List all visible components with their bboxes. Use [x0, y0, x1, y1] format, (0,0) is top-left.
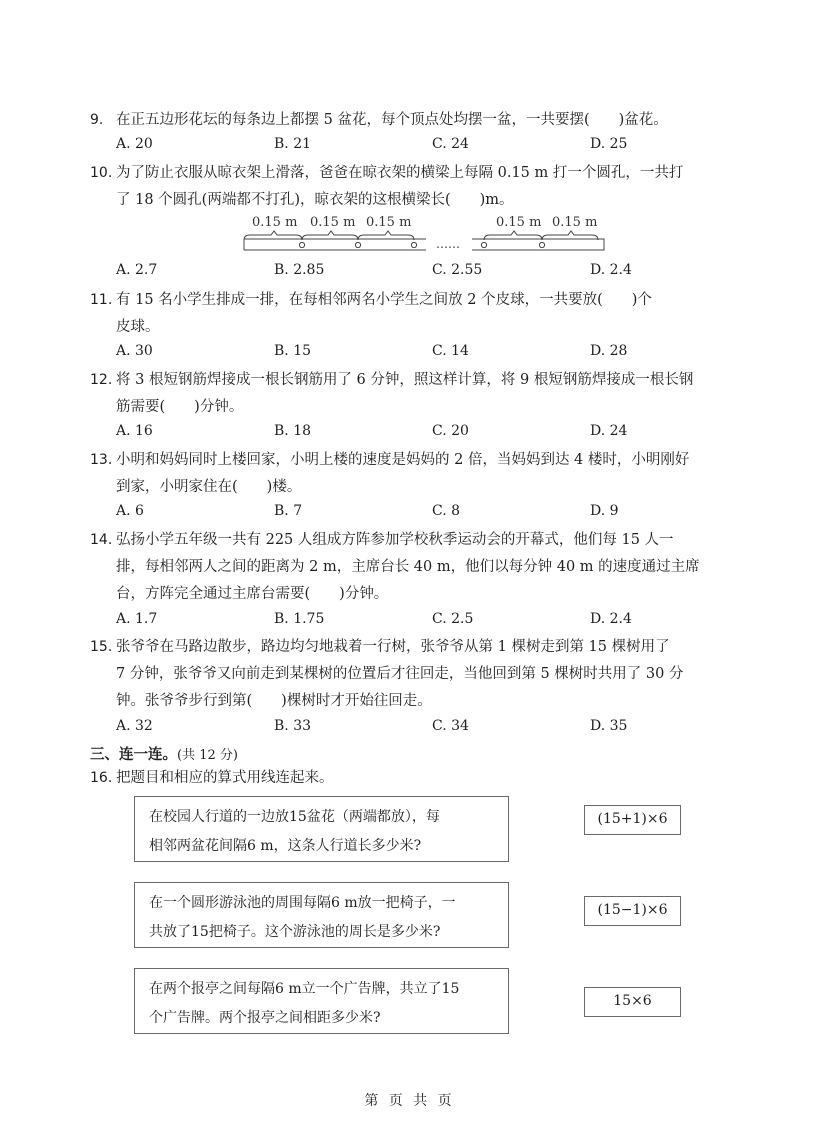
question-text-line: 7 分钟，张爷爷又向前走到某棵树的位置后才往回走，当他回到第 5 棵树时共用了 … — [90, 661, 730, 688]
question-text-line: 筋需要( )分钟。 — [90, 394, 730, 421]
option-d[interactable]: D. 35 — [590, 718, 627, 734]
option-c[interactable]: C. 8 — [432, 503, 460, 519]
option-b[interactable]: B. 15 — [274, 343, 311, 359]
segment-label: 0.15 m — [366, 215, 411, 230]
option-c[interactable]: C. 2.55 — [432, 262, 482, 278]
section-title: 三、连一连。 — [90, 747, 177, 763]
ellipsis: …… — [436, 237, 460, 251]
question-text: 将 3 根短钢筋焊接成一根长钢筋用了 6 分钟，照这样计算，将 9 根短钢筋焊接… — [116, 372, 693, 388]
problem-text-line: 相邻两盆花间隔6 m，这条人行道长多少米? — [149, 832, 494, 861]
option-a[interactable]: A. 20 — [116, 136, 153, 152]
option-d[interactable]: D. 9 — [590, 503, 619, 519]
option-b[interactable]: B. 18 — [274, 423, 311, 439]
segment-label: 0.15 m — [496, 215, 541, 230]
expression-box-1[interactable]: (15+1)×6 — [584, 805, 681, 835]
option-d[interactable]: D. 25 — [590, 136, 627, 152]
option-c[interactable]: C. 2.5 — [432, 611, 473, 627]
question-16: 16.把题目和相应的算式用线连起来。 — [90, 765, 730, 792]
option-d[interactable]: D. 28 — [590, 343, 627, 359]
option-b[interactable]: B. 21 — [274, 136, 311, 152]
options-11: A. 30 B. 15 C. 14 D. 28 — [116, 343, 736, 367]
problem-text-line: 个广告牌。两个报亭之间相距多少米? — [149, 1004, 494, 1033]
option-c[interactable]: C. 14 — [432, 343, 469, 359]
option-a[interactable]: A. 16 — [116, 423, 153, 439]
option-b[interactable]: B. 1.75 — [274, 611, 324, 627]
option-c[interactable]: C. 34 — [432, 718, 469, 734]
question-number: 9. — [90, 107, 116, 134]
question-number: 13. — [90, 447, 116, 474]
section-points: (共 12 分) — [177, 748, 238, 763]
section-heading: 三、连一连。(共 12 分) — [90, 743, 238, 764]
option-b[interactable]: B. 2.85 — [274, 262, 324, 278]
option-a[interactable]: A. 32 — [116, 718, 153, 734]
question-text: 为了防止衣服从晾衣架上滑落，爸爸在晾衣架的横梁上每隔 0.15 m 打一个圆孔，… — [116, 165, 683, 181]
crossbar-diagram: 0.15 m 0.15 m 0.15 m 0.15 m 0.15 m …… — [240, 210, 620, 260]
segment-label: 0.15 m — [252, 215, 297, 230]
question-15: 15.张爷爷在马路边散步，路边均匀地栽着一行树，张爷爷从第 1 棵树走到第 15… — [90, 634, 730, 715]
question-number: 12. — [90, 367, 116, 394]
question-number: 16. — [90, 765, 116, 792]
question-text-line: 到家，小明家住在( )楼。 — [90, 474, 730, 501]
question-text-line: 台，方阵完全通过主席台需要( )分钟。 — [90, 581, 730, 608]
segment-label: 0.15 m — [552, 215, 597, 230]
options-10: A. 2.7 B. 2.85 C. 2.55 D. 2.4 — [116, 262, 736, 286]
question-text: 张爷爷在马路边散步，路边均匀地栽着一行树，张爷爷从第 1 棵树走到第 15 棵树… — [116, 639, 670, 655]
option-a[interactable]: A. 1.7 — [116, 611, 157, 627]
option-a[interactable]: A. 30 — [116, 343, 153, 359]
matching-problem-3[interactable]: 在两个报亭之间每隔6 m立一个广告牌，共立了15 个广告牌。两个报亭之间相距多少… — [134, 968, 509, 1034]
option-b[interactable]: B. 33 — [274, 718, 311, 734]
question-12: 12.将 3 根短钢筋焊接成一根长钢筋用了 6 分钟，照这样计算，将 9 根短钢… — [90, 367, 730, 421]
option-b[interactable]: B. 7 — [274, 503, 302, 519]
options-13: A. 6 B. 7 C. 8 D. 9 — [116, 503, 736, 527]
matching-problem-1[interactable]: 在校园人行道的一边放15盆花（两端都放），每 相邻两盆花间隔6 m，这条人行道长… — [134, 796, 509, 862]
option-c[interactable]: C. 24 — [432, 136, 469, 152]
question-number: 11. — [90, 287, 116, 314]
option-d[interactable]: D. 24 — [590, 423, 627, 439]
page-footer: 第 页 共 页 — [0, 1090, 816, 1110]
problem-text-line: 在两个报亭之间每隔6 m立一个广告牌，共立了15 — [149, 975, 494, 1004]
expression-box-2[interactable]: (15−1)×6 — [584, 896, 681, 926]
question-10: 10.为了防止衣服从晾衣架上滑落，爸爸在晾衣架的横梁上每隔 0.15 m 打一个… — [90, 160, 730, 214]
option-d[interactable]: D. 2.4 — [590, 611, 632, 627]
question-text: 有 15 名小学生排成一排，在每相邻两名小学生之间放 2 个皮球，一共要放( )… — [116, 292, 652, 308]
expression-box-3[interactable]: 15×6 — [584, 987, 681, 1017]
option-a[interactable]: A. 6 — [116, 503, 144, 519]
options-9: A. 20 B. 21 C. 24 D. 25 — [116, 136, 736, 160]
question-text: 弘扬小学五年级一共有 225 人组成方阵参加学校秋季运动会的开幕式，他们每 15… — [116, 532, 674, 548]
question-9: 9.在正五边形花坛的每条边上都摆 5 盆花，每个顶点处均摆一盆，一共要摆( )盆… — [90, 107, 730, 134]
question-number: 15. — [90, 634, 116, 661]
question-text-line: 皮球。 — [90, 314, 730, 341]
option-d[interactable]: D. 2.4 — [590, 262, 632, 278]
matching-problem-2[interactable]: 在一个圆形游泳池的周围每隔6 m放一把椅子，一 共放了15把椅子。这个游泳池的周… — [134, 882, 509, 948]
question-number: 10. — [90, 160, 116, 187]
problem-text-line: 共放了15把椅子。这个游泳池的周长是多少米? — [149, 918, 494, 947]
question-number: 14. — [90, 527, 116, 554]
question-14: 14.弘扬小学五年级一共有 225 人组成方阵参加学校秋季运动会的开幕式，他们每… — [90, 527, 730, 608]
question-text-line: 钟。张爷爷步行到第( )棵树时才开始往回走。 — [90, 688, 730, 715]
option-c[interactable]: C. 20 — [432, 423, 469, 439]
question-text: 小明和妈妈同时上楼回家，小明上楼的速度是妈妈的 2 倍，当妈妈到达 4 楼时，小… — [116, 452, 689, 468]
problem-text-line: 在校园人行道的一边放15盆花（两端都放），每 — [149, 803, 494, 832]
option-a[interactable]: A. 2.7 — [116, 262, 157, 278]
question-text: 在正五边形花坛的每条边上都摆 5 盆花，每个顶点处均摆一盆，一共要摆( )盆花。 — [116, 112, 668, 128]
question-13: 13.小明和妈妈同时上楼回家，小明上楼的速度是妈妈的 2 倍，当妈妈到达 4 楼… — [90, 447, 730, 501]
question-text: 把题目和相应的算式用线连起来。 — [116, 770, 334, 786]
options-14: A. 1.7 B. 1.75 C. 2.5 D. 2.4 — [116, 611, 736, 635]
options-12: A. 16 B. 18 C. 20 D. 24 — [116, 423, 736, 447]
options-15: A. 32 B. 33 C. 34 D. 35 — [116, 718, 736, 742]
problem-text-line: 在一个圆形游泳池的周围每隔6 m放一把椅子，一 — [149, 889, 494, 918]
question-text-line: 排，每相邻两人之间的距离为 2 m，主席台长 40 m，他们以每分钟 40 m … — [90, 554, 730, 581]
question-11: 11.有 15 名小学生排成一排，在每相邻两名小学生之间放 2 个皮球，一共要放… — [90, 287, 730, 341]
segment-label: 0.15 m — [310, 215, 355, 230]
